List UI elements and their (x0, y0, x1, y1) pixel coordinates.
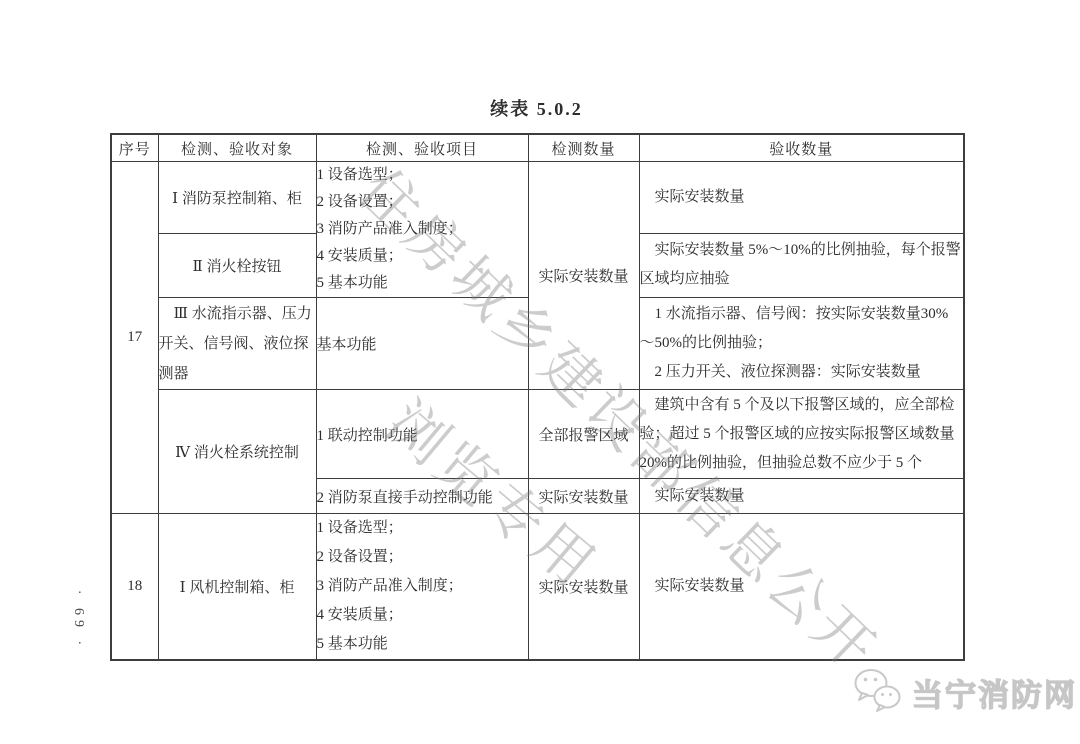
accept-qty-17-2: 实际安装数量 5%～10%的比例抽验，每个报警区域均应抽验 (639, 233, 964, 297)
table-row: Ⅳ 消火栓系统控制 1 联动控制功能 全部报警区域 建筑中含有 5 个及以下报警… (111, 390, 964, 479)
wechat-icon (852, 667, 904, 718)
item-linkage-control: 1 联动控制功能 (316, 390, 528, 479)
object-fan-control-cabinet: Ⅰ 风机控制箱、柜 (158, 514, 316, 661)
col-header-serial: 序号 (111, 134, 158, 162)
accept-qty-17-1: 实际安装数量 (639, 162, 964, 234)
item-line: 1 设备选型； (317, 514, 528, 543)
object-fire-pump-control-cabinet: Ⅰ 消防泵控制箱、柜 (158, 162, 316, 234)
site-logo: 当宁消防网 (852, 666, 1077, 718)
col-header-accept-qty: 验收数量 (639, 134, 964, 162)
item-pump-manual-control: 2 消防泵直接手动控制功能 (316, 479, 528, 514)
accept-text: 实际安装数量 (640, 482, 964, 511)
accept-text: 2 压力开关、液位探测器：实际安装数量 (640, 358, 964, 387)
accept-text: 实际安装数量 (640, 183, 964, 212)
item-line: 2 设备设置； (317, 543, 528, 572)
serial-18: 18 (111, 514, 158, 661)
accept-text: 实际安装数量 5%～10%的比例抽验，每个报警区域均应抽验 (640, 236, 964, 294)
col-header-object: 检测、验收对象 (158, 134, 316, 162)
accept-text: 建筑中含有 5 个及以下报警区域的，应全部检验；超过 5 个报警区域的应按实际报… (640, 391, 964, 478)
table-row: 17 Ⅰ 消防泵控制箱、柜 1 设备选型； 2 设备设置； 3 消防产品准入制度… (111, 162, 964, 234)
document-page: 续表 5.0.2 · 69 · 序号 检测、验收对象 检测、验收项目 检测数量 … (0, 0, 1080, 744)
inspect-qty-17-123: 实际安装数量 (528, 162, 639, 390)
item-line: 5 基本功能 (317, 270, 528, 297)
table-title: 续表 5.0.2 (110, 95, 963, 121)
item-line: 3 消防产品准入制度； (317, 572, 528, 601)
serial-17: 17 (111, 162, 158, 514)
item-line: 1 设备选型； (317, 162, 528, 189)
accept-qty-18: 实际安装数量 (639, 514, 964, 661)
col-header-inspect-qty: 检测数量 (528, 134, 639, 162)
table-header-row: 序号 检测、验收对象 检测、验收项目 检测数量 验收数量 (111, 134, 964, 162)
object-hydrant-button: Ⅱ 消火栓按钮 (158, 233, 316, 297)
item-line: 2 设备设置； (317, 189, 528, 216)
items-list-17-1: 1 设备选型； 2 设备设置； 3 消防产品准入制度； 4 安装质量； 5 基本… (316, 162, 528, 298)
accept-text: 1 水流指示器、信号阀：按实际安装数量30%～50%的比例抽验； (640, 300, 964, 358)
item-basic-function: 基本功能 (316, 298, 528, 390)
items-list-18: 1 设备选型； 2 设备设置； 3 消防产品准入制度； 4 安装质量； 5 基本… (316, 514, 528, 661)
accept-qty-17-4b: 实际安装数量 (639, 479, 964, 514)
item-line: 3 消防产品准入制度； (317, 216, 528, 243)
inspect-qty-17-4b: 实际安装数量 (528, 479, 639, 514)
object-hydrant-system-control: Ⅳ 消火栓系统控制 (158, 390, 316, 514)
table-row: 18 Ⅰ 风机控制箱、柜 1 设备选型； 2 设备设置； 3 消防产品准入制度；… (111, 514, 964, 661)
object-flow-indicator-group: Ⅲ 水流指示器、压力开关、信号阀、液位探测器 (158, 298, 316, 390)
item-line: 5 基本功能 (317, 630, 528, 659)
accept-qty-17-4a: 建筑中含有 5 个及以下报警区域的，应全部检验；超过 5 个报警区域的应按实际报… (639, 390, 964, 479)
item-line: 4 安装质量； (317, 601, 528, 630)
logo-text: 当宁消防网 (912, 670, 1077, 715)
col-header-item: 检测、验收项目 (316, 134, 528, 162)
page-number: · 69 · (70, 584, 86, 656)
inspection-acceptance-table: 序号 检测、验收对象 检测、验收项目 检测数量 验收数量 17 Ⅰ 消防泵控制箱… (110, 133, 965, 661)
item-line: 4 安装质量； (317, 243, 528, 270)
accept-qty-17-3: 1 水流指示器、信号阀：按实际安装数量30%～50%的比例抽验； 2 压力开关、… (639, 298, 964, 390)
inspect-qty-18: 实际安装数量 (528, 514, 639, 661)
accept-text: 实际安装数量 (640, 572, 964, 601)
inspect-qty-17-4a: 全部报警区域 (528, 390, 639, 479)
